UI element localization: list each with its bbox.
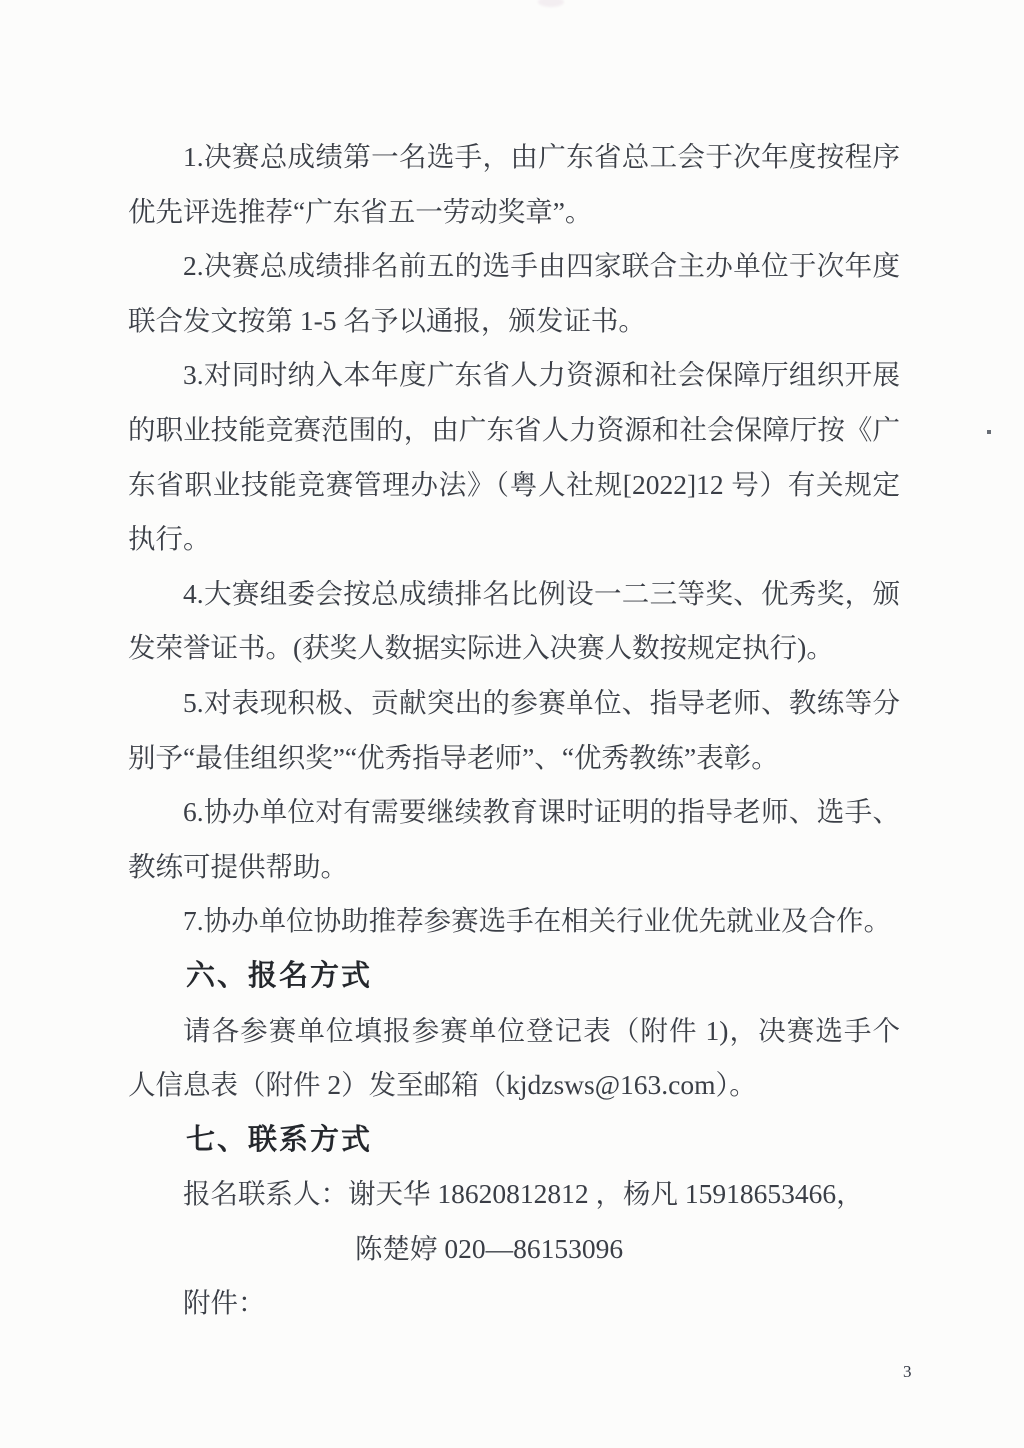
scanned-document-page: 1.决赛总成绩第一名选手，由广东省总工会于次年度按程序优先评选推荐“广东省五一劳…	[0, 0, 1024, 1448]
section-heading-contact: 七、联系方式	[128, 1113, 900, 1168]
numbered-item-4: 4.大赛组委会按总成绩排名比例设一二三等奖、优秀奖，颁发荣誉证书。(获奖人数据实…	[128, 567, 900, 676]
document-body: 1.决赛总成绩第一名选手，由广东省总工会于次年度按程序优先评选推荐“广东省五一劳…	[128, 130, 900, 1331]
numbered-item-3: 3.对同时纳入本年度广东省人力资源和社会保障厅组织开展的职业技能竞赛范围的，由广…	[128, 348, 900, 566]
scan-speck-artifact	[987, 430, 991, 434]
page-number: 3	[903, 1362, 912, 1382]
attachment-label: 附件：	[128, 1276, 900, 1331]
numbered-item-5: 5.对表现积极、贡献突出的参赛单位、指导老师、教练等分别予“最佳组织奖”“优秀指…	[128, 676, 900, 785]
numbered-item-1: 1.决赛总成绩第一名选手，由广东省总工会于次年度按程序优先评选推荐“广东省五一劳…	[128, 130, 900, 239]
numbered-item-6: 6.协办单位对有需要继续教育课时证明的指导老师、选手、教练可提供帮助。	[128, 785, 900, 894]
section-heading-registration: 六、报名方式	[128, 949, 900, 1004]
scan-smudge-artifact	[538, 0, 564, 7]
contact-line-1: 报名联系人：谢天华 18620812812 ，杨凡 15918653466，	[128, 1167, 900, 1222]
contact-line-2: 陈楚婷 020—86153096	[355, 1222, 900, 1277]
numbered-item-7: 7.协办单位协助推荐参赛选手在相关行业优先就业及合作。	[128, 894, 900, 949]
numbered-item-2: 2.决赛总成绩排名前五的选手由四家联合主办单位于次年度联合发文按第 1-5 名予…	[128, 239, 900, 348]
registration-paragraph: 请各参赛单位填报参赛单位登记表（附件 1)，决赛选手个人信息表（附件 2）发至邮…	[128, 1004, 900, 1113]
